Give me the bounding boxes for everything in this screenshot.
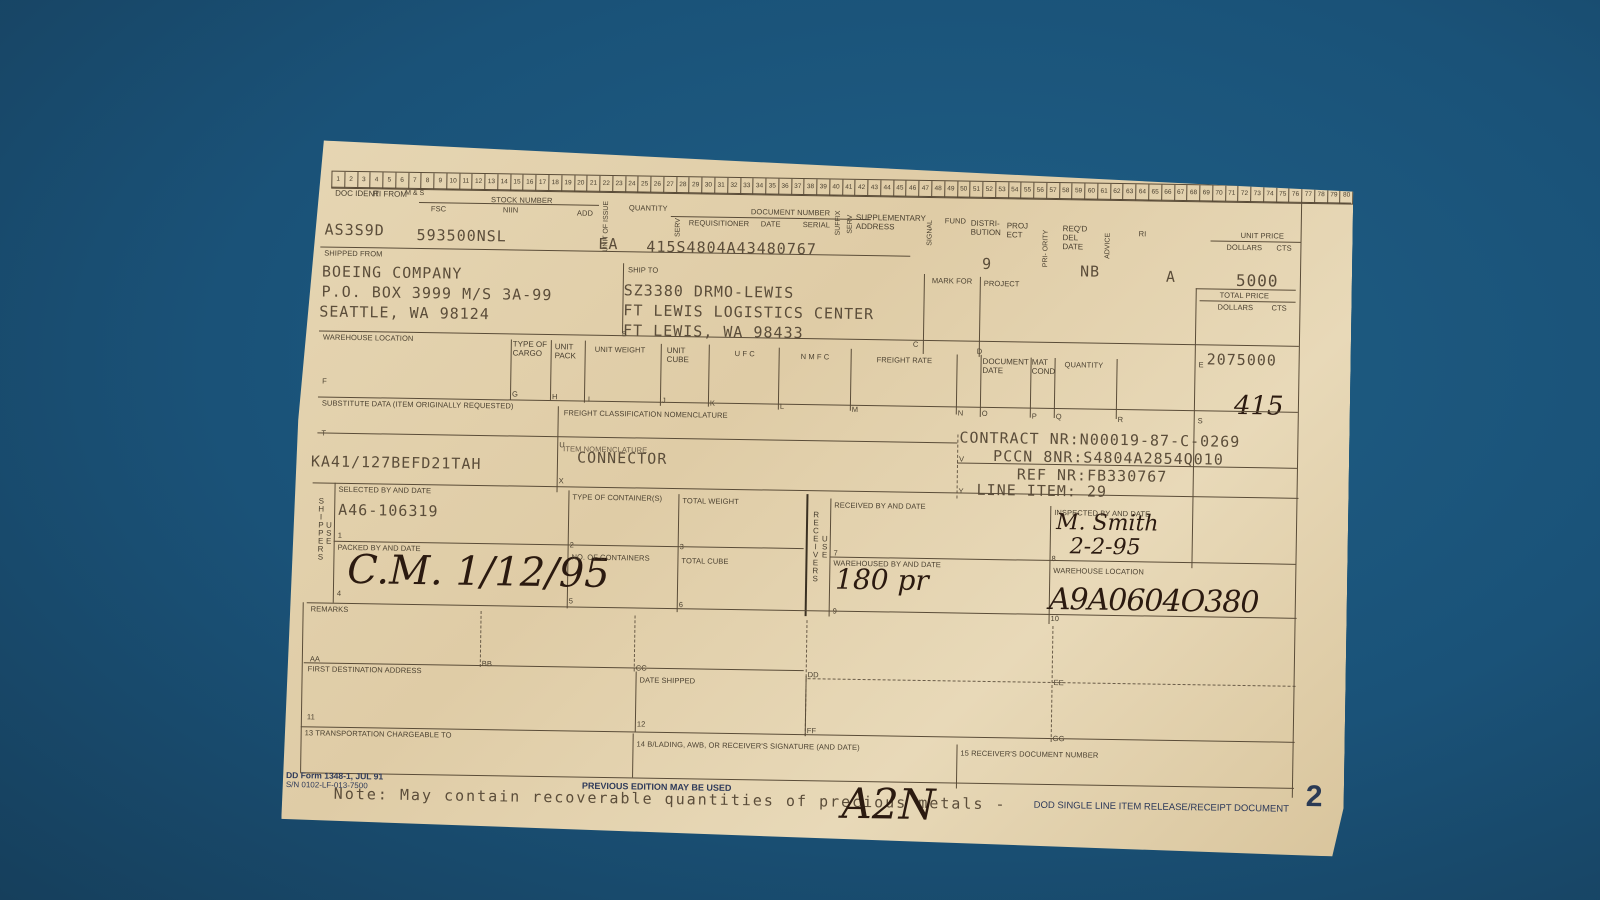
- column-number: 1: [332, 172, 345, 188]
- form-title: DOD SINGLE LINE ITEM RELEASE/RECEIPT DOC…: [1034, 800, 1289, 815]
- rule: [850, 349, 852, 411]
- no-of-containers-label: NO. OF CONTAINERS: [571, 552, 649, 562]
- label-text: DISTRI- BUTION: [971, 219, 1011, 238]
- quantity-box-label: QUANTITY: [1064, 360, 1103, 370]
- freight-classification-label: FREIGHT CLASSIFICATION NOMENCLATURE: [564, 408, 728, 420]
- niin-label: NIIN: [503, 205, 519, 214]
- column-number: 38: [805, 179, 818, 195]
- rule: [584, 341, 586, 403]
- column-number: 17: [536, 175, 549, 191]
- shipped-from-line1: BOEING COMPANY: [322, 262, 463, 282]
- rule: [805, 494, 809, 616]
- column-number: 6: [396, 173, 409, 189]
- ri-from-label: RI FROM: [373, 189, 407, 199]
- column-number: 60: [1085, 183, 1098, 199]
- column-number: 58: [1060, 183, 1073, 199]
- column-number: 16: [524, 175, 537, 191]
- column-number: 4: [371, 172, 384, 188]
- total-dollars-label: DOLLARS: [1217, 303, 1253, 313]
- column-number: 75: [1277, 186, 1290, 202]
- rule: [923, 274, 925, 354]
- unit-cube-label: UNIT CUBE: [667, 346, 697, 364]
- column-number: 27: [664, 177, 677, 193]
- column-number: 41: [843, 180, 856, 196]
- dollars-label: DOLLARS: [1226, 243, 1262, 253]
- m-s-label: M & S: [405, 190, 424, 197]
- box-o-letter: O: [982, 409, 988, 418]
- quantity-document-number-value: 415S4804A43480767: [646, 238, 817, 259]
- column-number: 68: [1187, 185, 1200, 201]
- column-number: 62: [1111, 184, 1124, 200]
- inspected-date: 2-2-95: [1070, 534, 1141, 560]
- column-number: 22: [600, 176, 613, 192]
- date-shipped-label: DATE SHIPPED: [639, 676, 695, 686]
- reqd-del-date-value: NB: [1080, 262, 1100, 280]
- column-number: 53: [996, 182, 1009, 198]
- box-q-letter: Q: [1056, 412, 1062, 421]
- column-number: 37: [792, 179, 805, 195]
- label-text: SUPPLEMENTARY ADDRESS: [856, 213, 926, 232]
- substitute-data-value: KA41/127BEFD21TAH: [311, 452, 482, 473]
- ship-to-line2: FT LEWIS LOGISTICS CENTER: [623, 301, 874, 323]
- nmfc-label: N M F C: [801, 352, 830, 361]
- label-text: USE: [324, 521, 333, 545]
- date-label: DATE: [761, 219, 781, 228]
- label-text: MAT COND: [1032, 358, 1056, 376]
- column-number: 55: [1022, 182, 1035, 198]
- signal-label: SIGNAL: [926, 220, 933, 246]
- received-by-label: RECEIVED BY AND DATE: [834, 501, 925, 511]
- serial-label: SERIAL: [803, 220, 830, 229]
- unit-pack-label: UNIT PACK: [555, 342, 579, 360]
- distribution-value: 9: [982, 255, 992, 273]
- column-number: 63: [1124, 184, 1137, 200]
- selected-by-label: SELECTED BY AND DATE: [338, 485, 431, 495]
- column-number: 7: [409, 173, 422, 189]
- warehoused-by-signature: 180 pr: [835, 563, 929, 597]
- column-number: 2: [345, 172, 358, 188]
- column-number: 8: [422, 173, 435, 189]
- column-number: 78: [1315, 187, 1328, 203]
- box-10-number: 10: [1051, 614, 1060, 623]
- column-number: 25: [639, 176, 652, 192]
- column-number: 33: [741, 178, 754, 194]
- column-number: 47: [919, 181, 932, 197]
- box-n-letter: N: [958, 408, 964, 417]
- column-number: 39: [817, 179, 830, 195]
- column-number: 31: [715, 178, 728, 194]
- rule: [300, 602, 304, 772]
- box-c-letter: C: [913, 340, 919, 349]
- box-r-letter: R: [1118, 415, 1124, 424]
- column-number: 40: [830, 179, 843, 195]
- ri-label: RI: [1139, 229, 1147, 238]
- column-number: 57: [1047, 183, 1060, 199]
- column-number: 13: [485, 174, 498, 190]
- box-e-letter: E: [1199, 360, 1204, 369]
- box-12-number: 12: [637, 719, 646, 728]
- box-1-number: 1: [338, 531, 342, 540]
- ship-to-label: SHIP TO: [628, 265, 658, 274]
- column-number: 74: [1264, 186, 1277, 202]
- priority-label: PRI- ORITY: [1042, 230, 1050, 267]
- column-number: 14: [498, 174, 511, 190]
- column-number: 28: [677, 177, 690, 193]
- supplementary-address-label: SUPPLEMENTARY ADDRESS: [861, 213, 921, 232]
- rule: [778, 348, 780, 410]
- column-number: 48: [932, 181, 945, 197]
- box-p-letter: P: [1032, 412, 1037, 421]
- doc-ident-value: AS3S9D: [324, 221, 384, 240]
- project-box-label: PROJECT: [984, 279, 1020, 289]
- fund-label: FUND: [945, 216, 966, 225]
- rule: [550, 340, 552, 400]
- box-y-letter: Y: [958, 487, 963, 496]
- reqd-del-date-label: REQ'D DEL DATE: [1062, 224, 1098, 252]
- inspected-by-signature: M. Smith: [1056, 510, 1159, 537]
- distribution-label: DISTRI- BUTION: [971, 219, 1011, 238]
- line-item: LINE ITEM: 29: [976, 481, 1107, 501]
- column-number: 30: [702, 177, 715, 193]
- receivers-document-number-label: 15 RECEIVER'S DOCUMENT NUMBER: [960, 749, 1098, 760]
- freight-rate-label: FREIGHT RATE: [877, 355, 933, 365]
- column-number: 59: [1073, 183, 1086, 199]
- label-text: TYPE OF CARGO: [513, 339, 549, 358]
- project-label: PROJ ECT: [1007, 221, 1041, 240]
- column-number: 44: [881, 180, 894, 196]
- column-number: 61: [1098, 184, 1111, 200]
- cts-label: CTS: [1276, 243, 1291, 252]
- add-label: ADD: [577, 208, 593, 217]
- handwritten-code: A2N: [841, 779, 936, 829]
- copy-number: 2: [1306, 780, 1323, 814]
- ufc-label: U F C: [735, 349, 755, 358]
- column-number: 10: [447, 173, 460, 189]
- receivers-use-label: USE: [819, 534, 829, 558]
- rule: [979, 277, 981, 357]
- label-text: UNIT CUBE: [667, 346, 697, 364]
- selected-by-value: A46-106319: [338, 501, 439, 521]
- rule: [677, 494, 680, 612]
- column-number: 67: [1175, 185, 1188, 201]
- box-i-letter: I: [588, 395, 590, 404]
- box-x-letter: X: [559, 476, 564, 485]
- column-number: 5: [383, 172, 396, 188]
- column-number: 19: [562, 175, 575, 191]
- unit-price-label: UNIT PRICE: [1241, 231, 1285, 241]
- column-number: 65: [1149, 184, 1162, 200]
- shippers-use-label: USE: [324, 521, 334, 545]
- label-text: REQ'D DEL DATE: [1062, 224, 1098, 252]
- bilading-label: 14 B/LADING, AWB, OR RECEIVER'S SIGNATUR…: [636, 739, 859, 752]
- column-number: 70: [1213, 185, 1226, 201]
- label-text: USE: [820, 534, 829, 558]
- fsc-label: FSC: [431, 204, 446, 213]
- type-of-containers-label: TYPE OF CONTAINER(S): [572, 492, 662, 502]
- transportation-chargeable-label: 13 TRANSPORTATION CHARGEABLE TO: [305, 728, 452, 739]
- rule: [1292, 202, 1302, 798]
- column-number: 15: [511, 174, 524, 190]
- column-number: 9: [434, 173, 447, 189]
- rule: [708, 345, 710, 407]
- column-number: 66: [1162, 185, 1175, 201]
- item-nomenclature-value: CONNECTOR: [577, 449, 668, 468]
- column-number: 26: [651, 177, 664, 193]
- document-date-label: DOCUMENT DATE: [982, 357, 1028, 376]
- column-number: 79: [1328, 187, 1341, 203]
- rule: [317, 432, 957, 443]
- shipped-from-line3: SEATTLE, WA 98124: [319, 302, 490, 323]
- column-number: 64: [1136, 184, 1149, 200]
- column-number: 56: [1034, 183, 1047, 199]
- column-number: 45: [894, 180, 907, 196]
- column-number: 12: [473, 174, 486, 190]
- column-number: 77: [1302, 187, 1315, 203]
- box-4-number: 4: [337, 589, 341, 598]
- rule: [1191, 288, 1196, 568]
- column-number: 3: [358, 172, 371, 188]
- column-number: 50: [958, 181, 971, 197]
- box-8-number: 8: [1051, 554, 1055, 563]
- column-number: 42: [856, 180, 869, 196]
- column-number: 23: [613, 176, 626, 192]
- box-bb-letter: BB: [482, 659, 492, 668]
- column-number: 11: [460, 174, 473, 190]
- remarks-label: REMARKS: [311, 604, 349, 614]
- label-text: DOCUMENT DATE: [982, 357, 1028, 376]
- first-destination-label: FIRST DESTINATION ADDRESS: [308, 664, 422, 675]
- requisitioner-label: REQUISITIONER: [689, 218, 750, 228]
- warehouse-location-label-10: WAREHOUSE LOCATION: [1053, 566, 1144, 576]
- box-m-letter: M: [852, 405, 858, 414]
- column-number: 51: [970, 182, 983, 198]
- column-number: 36: [779, 179, 792, 195]
- column-number: 32: [728, 178, 741, 194]
- label-text: PROJ ECT: [1007, 221, 1041, 240]
- column-number: 43: [868, 180, 881, 196]
- ri-value: A: [1166, 268, 1176, 286]
- box-j-letter: J: [662, 396, 666, 405]
- column-number: 73: [1251, 186, 1264, 202]
- column-number: 46: [907, 181, 920, 197]
- column-number: 35: [766, 178, 779, 194]
- shipped-from-label: SHIPPED FROM: [324, 249, 382, 259]
- suffix-label: SUFFIX: [835, 211, 842, 236]
- mark-for-label: MARK FOR: [932, 276, 973, 286]
- column-number: 72: [1239, 186, 1252, 202]
- serv-label: SERV: [675, 218, 682, 237]
- rule: [319, 330, 1299, 346]
- total-price-value: 2075000: [1207, 350, 1277, 369]
- unit-weight-label: UNIT WEIGHT: [595, 345, 646, 355]
- label-text: RI FROM: [373, 189, 407, 199]
- box-s-letter: S: [1198, 416, 1203, 425]
- rule: [632, 733, 634, 777]
- ship-to-line3: FT LEWIS, WA 98433: [623, 321, 804, 342]
- box-11-number: 11: [307, 712, 315, 721]
- column-number: 29: [690, 177, 703, 193]
- column-number: 49: [945, 181, 958, 197]
- substitute-data-label: SUBSTITUTE DATA (ITEM ORIGINALLY REQUEST…: [322, 399, 514, 411]
- serv2-label: SERV: [847, 215, 854, 234]
- total-cube-label: TOTAL CUBE: [681, 556, 728, 566]
- box-f-letter: F: [322, 377, 327, 386]
- column-number: 34: [753, 178, 766, 194]
- shipped-from-line2: P.O. BOX 3999 M/S 3A-99: [321, 282, 552, 304]
- type-of-cargo-label: TYPE OF CARGO: [513, 339, 549, 358]
- warehouse-location-label: WAREHOUSE LOCATION: [323, 333, 414, 343]
- mat-cond-label: MAT COND: [1032, 358, 1054, 376]
- total-cts-label: CTS: [1271, 303, 1286, 312]
- total-price-label: TOTAL PRICE: [1220, 291, 1269, 301]
- quantity-s-handwritten: 415: [1234, 391, 1284, 422]
- document-number-label: DOCUMENT NUMBER: [751, 207, 830, 217]
- column-number: 21: [588, 176, 601, 192]
- column-number: 20: [575, 175, 588, 191]
- stock-number-value: 593500NSL: [416, 226, 507, 245]
- total-weight-label: TOTAL WEIGHT: [682, 496, 739, 506]
- dd-form-1348-1: 1234567891011121314151617181920212223242…: [281, 140, 1354, 857]
- column-number: 71: [1226, 186, 1239, 202]
- column-number: 76: [1290, 187, 1303, 203]
- column-number: 54: [1009, 182, 1022, 198]
- column-number: 80: [1341, 187, 1353, 203]
- label-text: UNIT PACK: [555, 342, 579, 360]
- column-number: 18: [549, 175, 562, 191]
- column-number: 24: [626, 176, 639, 192]
- column-number: 69: [1200, 185, 1213, 201]
- box-g-letter: G: [512, 389, 518, 398]
- ship-to-line1: SZ3380 DRMO-LEWIS: [624, 281, 795, 302]
- advice-label: ADVICE: [1104, 233, 1111, 259]
- quantity-label: QUANTITY: [629, 203, 668, 213]
- box-5-number: 5: [569, 596, 573, 605]
- column-number: 52: [983, 182, 996, 198]
- unit-price-value: 5000: [1236, 271, 1279, 291]
